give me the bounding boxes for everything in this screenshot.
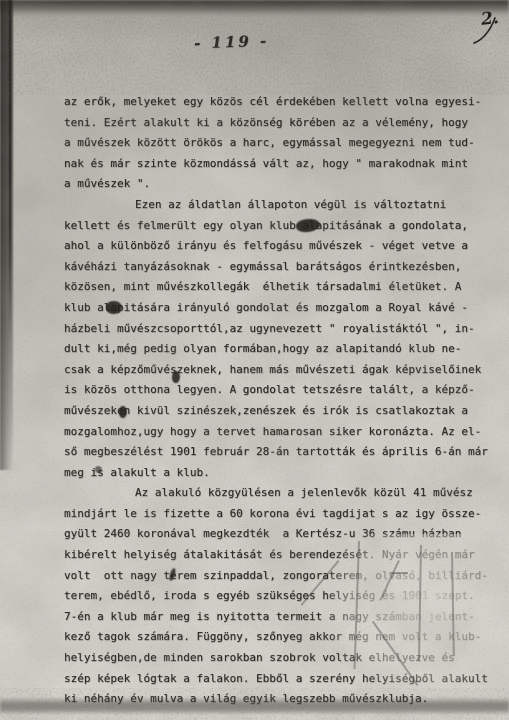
typewritten-line: mindjárt le is fizette a 60 korona évi t… <box>64 504 496 525</box>
handwritten-correction-mark <box>95 466 102 473</box>
typewritten-line: ső megbeszélést 1901 február 28-án tarto… <box>64 442 496 463</box>
scan-edge-left-strip <box>0 0 13 470</box>
typewritten-line: dult ki,még pedig olyan formában,hogy az… <box>64 339 496 360</box>
typewritten-line: csak a képzőművészeknek, hanem más művés… <box>64 360 496 381</box>
scan-edge-top-band <box>0 0 509 17</box>
typewritten-line: művészeken kivül szinészek,zenészek és i… <box>64 401 496 422</box>
typewritten-line: ahol a különböző irányu és felfogásu műv… <box>64 236 496 257</box>
typewritten-line: Ezen az áldatlan állapoton végül is vált… <box>64 195 496 216</box>
scan-edge-bottom-band <box>0 697 509 714</box>
scan-edge-left-line <box>9 0 11 340</box>
typewritten-line: kellett és felmerült egy olyan klub alap… <box>64 216 496 237</box>
typewritten-line: teni. Ezért alakult ki a közönség körébe… <box>64 113 496 134</box>
typewritten-line: az erők, melyeket egy közös cél érdekébe… <box>64 92 496 113</box>
typewritten-line: a művészek ". <box>64 174 496 195</box>
typewritten-line: házbeli művészcsoporttól,az ugynevezett … <box>64 319 496 340</box>
typewritten-line: a művészek között örökös a harc, egymáss… <box>64 133 496 154</box>
watermark-stroke <box>390 572 408 574</box>
typewritten-line: közösen, mint művészkollegák élhetik tár… <box>64 277 496 298</box>
typewritten-line: meg is alakult a klub. <box>64 463 496 484</box>
corner-note-digit: 2. <box>480 8 500 30</box>
typewritten-line: kávéházi tanyázásoknak - egymással barát… <box>64 257 496 278</box>
typewritten-line: is közös otthona legyen. A gondolat tets… <box>64 380 496 401</box>
handwritten-corner-note: 2. <box>472 8 506 46</box>
typewritten-line: nak és már szinte közmondássá vált az, h… <box>64 154 496 175</box>
typewritten-line: mozgalomhoz,ugy hogy a tervet hamarosan … <box>64 422 496 443</box>
typewritten-line: Az alakuló közgyülésen a jelenlevők közü… <box>64 483 496 504</box>
typewritten-line: klub alapitására irányuló gondolat és mo… <box>64 298 496 319</box>
handwritten-page-number: - 119 - <box>194 32 270 53</box>
scanned-document-page: az erők, melyeket egy közös cél érdekébe… <box>0 0 509 720</box>
